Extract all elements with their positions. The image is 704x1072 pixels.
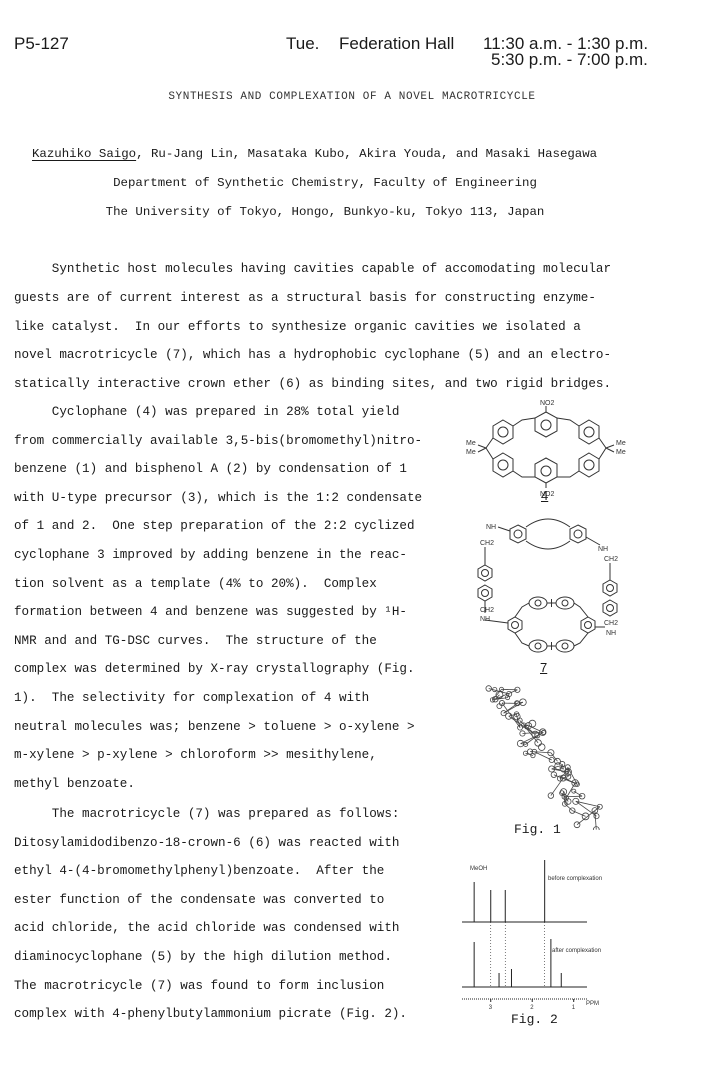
text-line: cyclophane 3 improved by adding benzene … [14, 548, 407, 562]
methyl-label: Me [616, 440, 626, 447]
axis-tick-label: 1 [572, 1005, 576, 1010]
axis-tick-label: 2 [530, 1005, 534, 1010]
methylene-label: CH2 [604, 556, 618, 563]
text-line: Ditosylamidodibenzo-18-crown-6 (6) was r… [14, 836, 399, 850]
text-line: with U-type precursor (3), which is the … [14, 491, 422, 505]
affiliation-university: The University of Tokyo, Hongo, Bunkyo-k… [0, 205, 650, 219]
session-venue: Federation Hall [339, 34, 454, 54]
text-line: acid chloride, the acid chloride was con… [14, 921, 399, 935]
text-line: guests are of current interest as a stru… [14, 291, 596, 305]
text-line: tion solvent as a template (4% to 20%). … [14, 577, 377, 591]
solvent-label: MeOH [470, 866, 487, 872]
fig2-caption: Fig. 2 [511, 1012, 558, 1027]
amine-label: NH [606, 630, 616, 637]
text-line: benzene (1) and bisphenol A (2) by conde… [14, 462, 407, 476]
paper-title: SYNTHESIS AND COMPLEXATION OF A NOVEL MA… [0, 91, 704, 103]
methylene-label: CH2 [604, 620, 618, 627]
session-time-2: 5:30 p.m. - 7:00 p.m. [491, 50, 648, 70]
session-day: Tue. [286, 34, 319, 54]
methyl-label: Me [466, 440, 476, 447]
axis-tick-label: 3 [489, 1005, 493, 1010]
compound-7-structure: NH CH2 CH2 NH NH CH2 CH2 NH [460, 515, 650, 655]
trace-label-after: after complexation [552, 948, 601, 954]
text-line: ethyl 4-(4-bromomethylphenyl)benzoate. A… [14, 864, 384, 878]
text-line: ester function of the condensate was con… [14, 893, 384, 907]
axis-unit: PPM [586, 1001, 599, 1007]
text-line: 1). The selectivity for complexation of … [14, 691, 369, 705]
trace-label-before: before complexation [548, 876, 602, 882]
methylene-label: CH2 [480, 540, 494, 547]
compound-4-label: 4 [541, 488, 548, 503]
text-line: complex with 4-phenylbutylammonium picra… [14, 1007, 407, 1021]
text-line: The macrotricycle (7) was found to form … [14, 979, 384, 993]
text-line: Synthetic host molecules having cavities… [14, 262, 611, 276]
amine-label: NH [598, 546, 608, 553]
nmr-spectrum-figure: 321 MeOH before complexation after compl… [460, 850, 690, 1010]
methyl-label: Me [616, 449, 626, 456]
text-line: m-xylene > p-xylene > chloroform >> mesi… [14, 748, 377, 762]
compound-4-structure: NO2 NO2 Me Me Me Me [460, 398, 660, 506]
nitro-label-top: NO2 [540, 400, 555, 407]
amine-label: NH [486, 524, 496, 531]
amine-label: NH [480, 616, 490, 623]
text-line: novel macrotricycle (7), which has a hyd… [14, 348, 611, 362]
text-line: statically interactive crown ether (6) a… [14, 377, 611, 391]
text-line: diaminocyclophane (5) by the high diluti… [14, 950, 392, 964]
poster-id: P5-127 [14, 34, 69, 54]
text-line: methyl benzoate. [14, 777, 135, 791]
text-line: NMR and and TG-DSC curves. The structure… [14, 634, 377, 648]
presenting-author: Kazuhiko Saigo [32, 147, 136, 161]
text-line: like catalyst. In our efforts to synthes… [14, 320, 581, 334]
text-line: neutral molecules was; benzene > toluene… [14, 720, 415, 734]
methyl-label: Me [466, 449, 476, 456]
text-line: Cyclophane (4) was prepared in 28% total… [14, 405, 399, 419]
text-line: The macrotricycle (7) was prepared as fo… [14, 807, 399, 821]
text-line: formation between 4 and benzene was sugg… [14, 605, 407, 619]
xray-structure-figure [480, 680, 610, 830]
text-line: complex was determined by X-ray crystall… [14, 662, 415, 676]
compound-7-label: 7 [540, 660, 547, 675]
text-line: of 1 and 2. One step preparation of the … [14, 519, 415, 533]
author-list: Kazuhiko Saigo, Ru-Jang Lin, Masataka Ku… [32, 147, 597, 161]
co-authors: , Ru-Jang Lin, Masataka Kubo, Akira Youd… [136, 147, 597, 161]
affiliation-department: Department of Synthetic Chemistry, Facul… [0, 176, 650, 190]
methylene-label: CH2 [480, 607, 494, 614]
fig1-caption: Fig. 1 [514, 822, 561, 837]
text-line: from commercially available 3,5-bis(brom… [14, 434, 422, 448]
